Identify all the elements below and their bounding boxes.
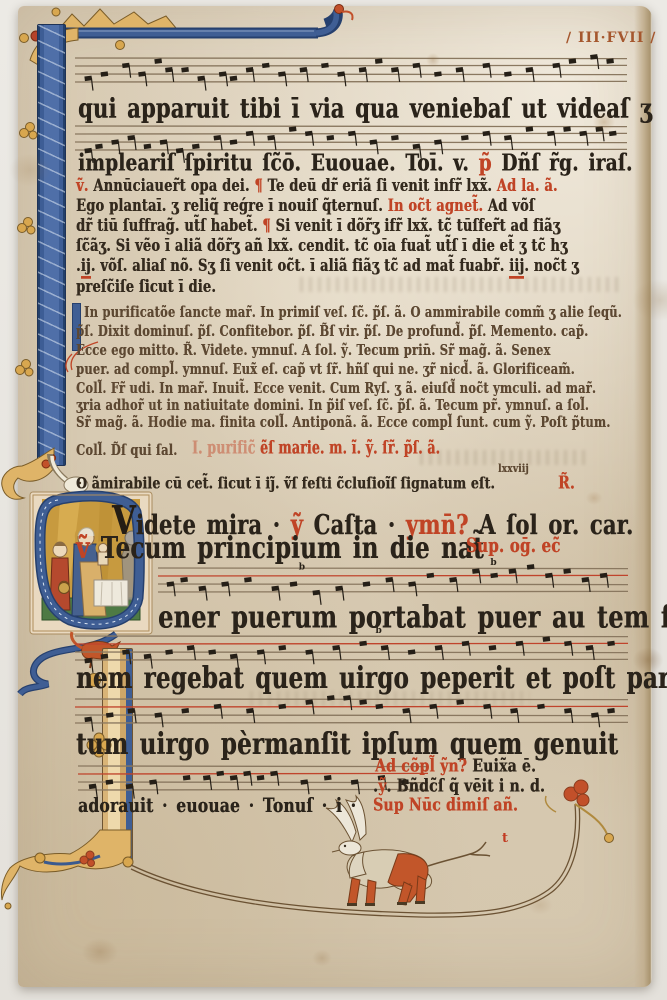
red-feast-heading: I. purific̃ ẽſ marie. m. ĩ. ỹ. ſr̃. p̃ſ.…: [192, 436, 440, 458]
chant-incipit-line: ṽ Tecum principium in die nat̃: [76, 531, 484, 566]
compline-rubric-line: .ỹ. Bñdc̃ſ q̃ vēit i n. d.: [373, 776, 545, 796]
ordinal-text-line: In purificatõe ſancte mar̃. In primiſ ve…: [84, 303, 622, 321]
rubric-text-line: ſc̃ãʒ. Si vẽo ī aliã dõr̃ʒ añ lxx̃. cend…: [76, 237, 568, 256]
rubric-text-line: O ãmirabile cū cet̃. ſicut ī ij̃. ṽſ feſ…: [76, 473, 495, 492]
show-through-text: [300, 277, 620, 292]
compline-rubric-line: Sup Nūc dimiſ añ.: [373, 795, 518, 815]
chant-text-line: tum uirgo pèrmanſit ipſum quem genuit: [76, 727, 618, 762]
red-pen-mark: t: [502, 831, 508, 846]
ordinal-text-line: Coll̃. D̃ſ qui ſal.: [76, 441, 177, 459]
trefoil-leaf: [564, 780, 589, 806]
ordinal-text-line: puer. ad compl̃. ymnuſ. Eux̃ eſ. cap̃ vt…: [76, 360, 575, 378]
chant-text-line: ener puerum portabat puer au tem ſe: [158, 598, 667, 635]
svg-text:b: b: [490, 558, 496, 568]
ordinal-text-line: Coll̃. Fr̃ udi. In mar̃. Inuit̃. Ecce ve…: [76, 379, 596, 397]
response-mark: R̃.: [558, 473, 575, 493]
ordinal-text-line: Ecce ego mitto. R̃. Videte. ymnuſ. A ſol…: [76, 341, 551, 359]
marginal-annotation: lxxviij: [498, 463, 529, 476]
rubric-text-line: dr̃ tiū ſuffrag̃. ut̃ſ habet̃. ¶ Si veni…: [76, 217, 560, 236]
compline-rubric-line: Ad cõpl̃ ỹn? Euix̃a ē.: [375, 756, 536, 776]
chant-text-line: impleariſ ſpiritu ſc̃ō. Euouae. Toī. v. …: [78, 150, 633, 177]
gold-crest: [58, 9, 176, 30]
chant-text-line: qui apparuit tibi ī via qua veniebaſ ut …: [78, 92, 652, 124]
creature-tail: [428, 842, 490, 866]
red-rubric: Sup. oḡ. ec̃: [466, 534, 561, 557]
manuscript-photo: ∕ III·FVII ∕: [0, 0, 667, 1000]
music-staff: [75, 50, 627, 94]
ordinal-text-line: ʒria adhor̃ ut in natiuitate domini. In …: [76, 396, 589, 414]
ordinal-text-line: Sr̃ mag̃. ã. Hodie ma. finita coll̃. Ant…: [76, 413, 611, 431]
creature-head: [339, 841, 361, 855]
rubric-text-line: .ij. võſ. aliaſ nõ. Sʒ ſi venit oc̃t. ī …: [76, 257, 579, 276]
chant-text-line: adorauit · euouae · Tonuſ · i ·: [78, 793, 356, 817]
dove-basket: [59, 583, 70, 594]
chant-text-line: nem regebat quem uirgo peperit et poſt p…: [76, 661, 667, 696]
rubric-text-line: preſc̃iſe ſicut ī die.: [76, 278, 216, 297]
rubric-text-line: Ego plantaī. ʒ reliq̃ reǵre ī nouiſ q̃te…: [76, 197, 535, 216]
rubric-text-line: ṽ. Annūciauer̃t opa dei. ¶ Te deū dr̃ er…: [76, 177, 558, 196]
ordinal-text-line: p̃ſ. Dixit dominuſ. p̃ſ. Confitebor. p̃ſ…: [76, 322, 588, 340]
gold-ball: [116, 41, 125, 50]
